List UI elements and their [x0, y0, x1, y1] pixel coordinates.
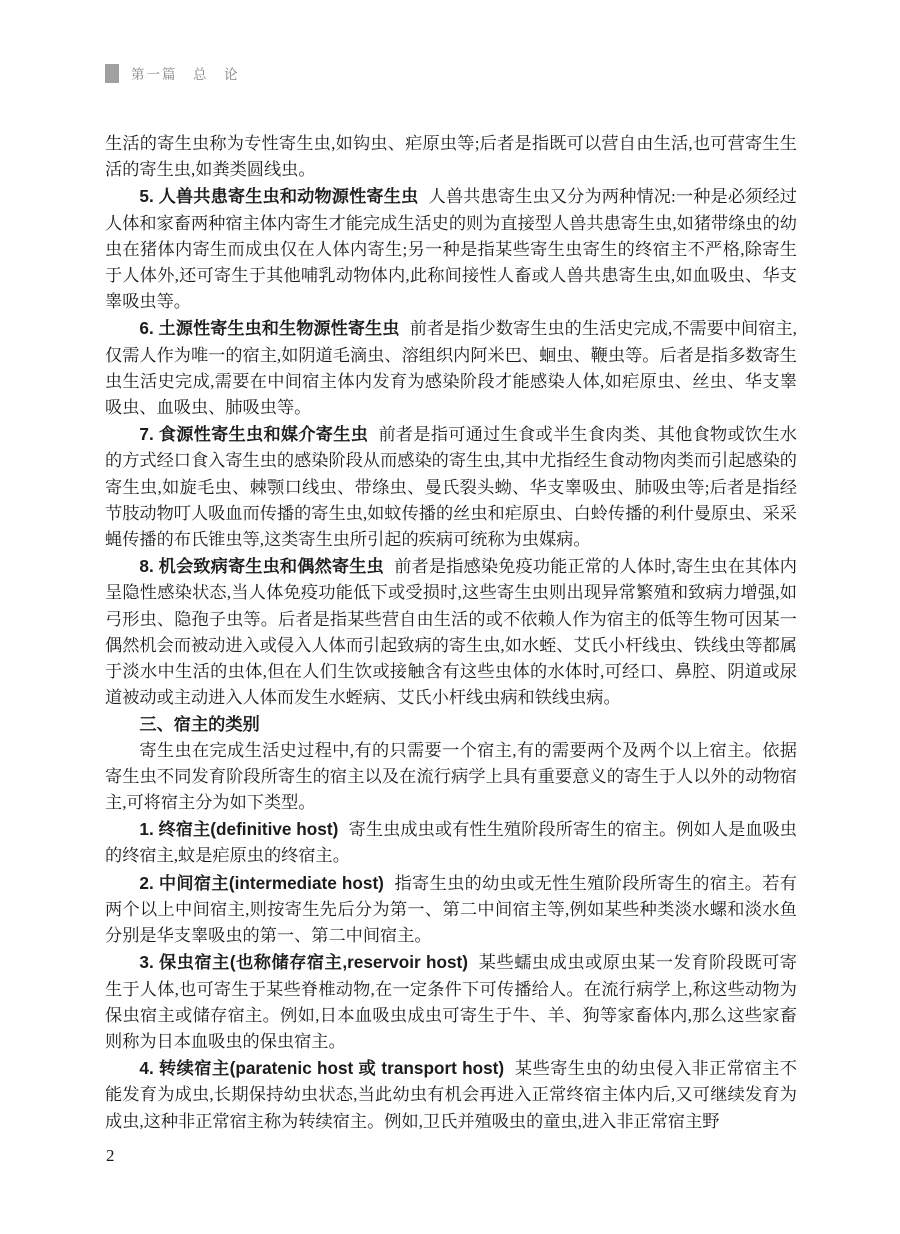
paragraph-intro: 寄生虫在完成生活史过程中,有的只需要一个宿主,有的需要两个及两个以上宿主。依据寄…: [105, 738, 797, 817]
paragraph-text: 生活的寄生虫称为专性寄生虫,如钩虫、疟原虫等;后者是指既可以营自由生活,也可营寄…: [105, 134, 797, 179]
paragraph-item-6: 6. 土源性寄生虫和生物源性寄生虫前者是指少数寄生虫的生活史完成,不需要中间宿主…: [105, 315, 797, 421]
paragraph-item-4: 4. 转续宿主(paratenic host 或 transport host)…: [105, 1055, 797, 1135]
running-head: 第一篇 总 论: [105, 63, 240, 83]
paragraph-item-2: 2. 中间宿主(intermediate host)指寄生虫的幼虫或无性生殖阶段…: [105, 870, 797, 950]
book-page: 第一篇 总 论 生活的寄生虫称为专性寄生虫,如钩虫、疟原虫等;后者是指既可以营自…: [0, 0, 900, 1234]
page-number: 2: [106, 1146, 115, 1166]
paragraph-item-5: 5. 人兽共患寄生虫和动物源性寄生虫人兽共患寄生虫又分为两种情况:一种是必须经过…: [105, 183, 797, 315]
paragraph-continuation: 生活的寄生虫称为专性寄生虫,如钩虫、疟原虫等;后者是指既可以营自由生活,也可营寄…: [105, 131, 797, 183]
paragraph-item-3: 3. 保虫宿主(也称储存宿主,reservoir host)某些蠕虫成虫或原虫某…: [105, 949, 797, 1055]
paragraph-item-8: 8. 机会致病寄生虫和偶然寄生虫前者是指感染免疫功能正常的人体时,寄生虫在其体内…: [105, 553, 797, 711]
running-head-title: 第一篇 总 论: [131, 63, 240, 83]
paragraph-text: 前者是指感染免疫功能正常的人体时,寄生虫在其体内呈隐性感染状态,当人体免疫功能低…: [105, 557, 797, 707]
section-marker-icon: [105, 64, 119, 83]
paragraph-text: 寄生虫在完成生活史过程中,有的只需要一个宿主,有的需要两个及两个以上宿主。依据寄…: [105, 741, 797, 812]
term-bold: 6. 土源性寄生虫和生物源性寄生虫: [139, 318, 399, 338]
term-bold: 3. 保虫宿主(也称储存宿主,reservoir host): [139, 952, 468, 972]
term-bold: 7. 食源性寄生虫和媒介寄生虫: [139, 424, 368, 444]
term-bold: 8. 机会致病寄生虫和偶然寄生虫: [139, 556, 383, 576]
paragraph-item-1: 1. 终宿主(definitive host)寄生虫成虫或有性生殖阶段所寄生的宿…: [105, 816, 797, 869]
paragraph-item-7: 7. 食源性寄生虫和媒介寄生虫前者是指可通过生食或半生食肉类、其他食物或饮生水的…: [105, 421, 797, 553]
term-bold: 2. 中间宿主(intermediate host): [139, 873, 384, 893]
term-bold: 5. 人兽共患寄生虫和动物源性寄生虫: [139, 186, 418, 206]
body-text: 生活的寄生虫称为专性寄生虫,如钩虫、疟原虫等;后者是指既可以营自由生活,也可营寄…: [105, 131, 797, 1135]
term-bold: 1. 终宿主(definitive host): [139, 819, 338, 839]
section-heading-host-types: 三、宿主的类别: [105, 711, 797, 737]
term-bold: 4. 转续宿主(paratenic host 或 transport host): [139, 1058, 504, 1078]
